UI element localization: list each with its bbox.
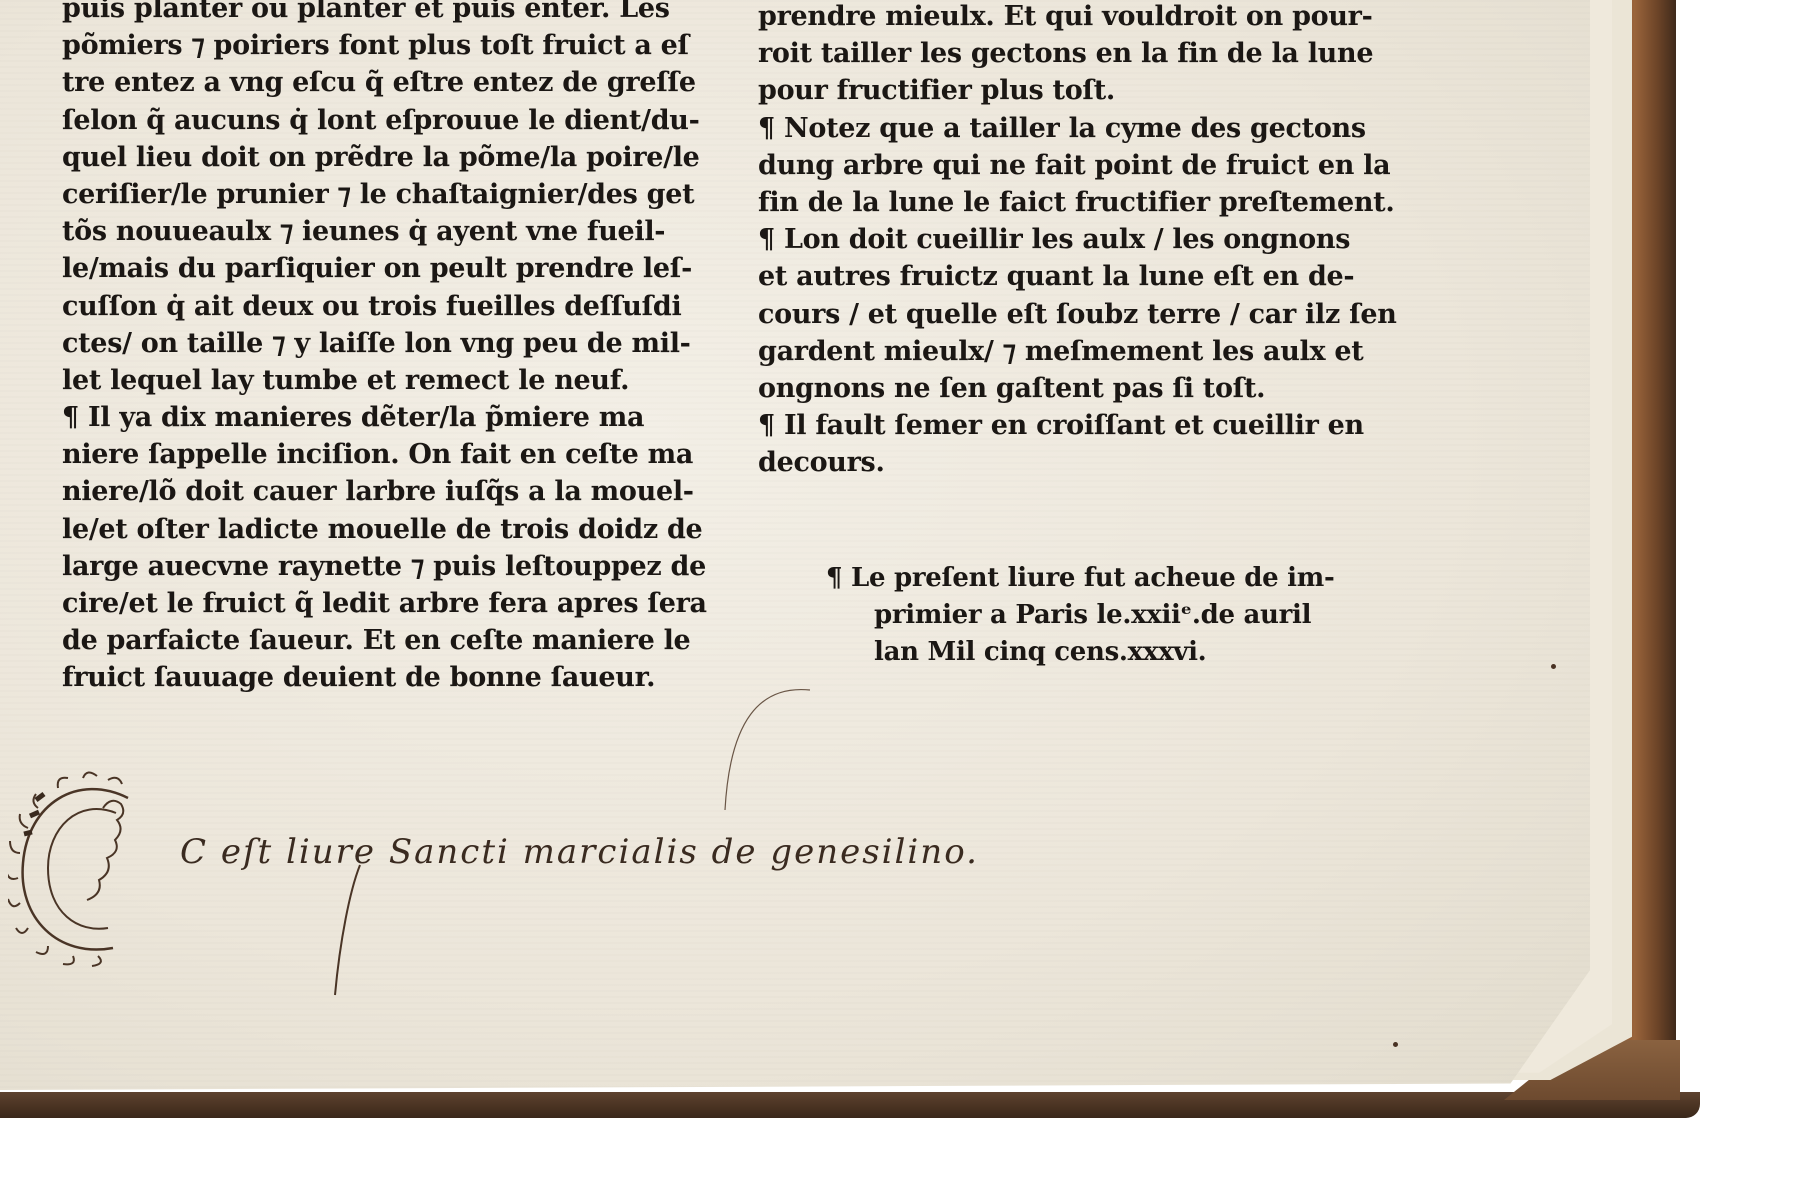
left-text-column: puis planter ou planter et puis enter. L… [62,0,642,697]
paragraph-start-line: ¶ Notez que a tailler la cyme des gecton… [758,110,1348,147]
colophon-line: ¶ Le preſent liure fut acheue de im- [826,560,1334,597]
paper-spot [1551,664,1556,669]
pen-stroke [700,680,820,820]
colophon: ¶ Le preſent liure fut acheue de im- pri… [826,560,1334,672]
right-text-column: prendre mieulx. Et qui vouldroit on pour… [758,0,1348,481]
text-line: prendre mieulx. Et qui vouldroit on pour… [758,0,1348,35]
text-line: cours / et quelle eſt ſoubz terre / car … [758,296,1348,333]
text-line: et autres fruictz quant la lune eſt en d… [758,258,1348,295]
text-line: gardent mieulx/ ⁊ meſmement les aulx et [758,333,1348,370]
text-line: ctes/ on taille ⁊ y laiſſe lon vng peu d… [62,325,642,362]
text-line: põmiers ⁊ poiriers font plus toſt fruict… [62,27,642,64]
text-line: ſelon q̃ aucuns q̇ lont eſprouue le dien… [62,102,642,139]
text-line: cire/et le fruict q̃ ledit arbre fera ap… [62,585,642,622]
text-line: niere/lõ doit cauer larbre iuſq̃s a la m… [62,473,642,510]
colophon-line: lan Mil cinq cens.xxxvi. [826,634,1334,671]
text-line: roit tailler les gectons en la fin de la… [758,35,1348,72]
paragraph-start-line: ¶ Il fault ſemer en croiſſant et cueilli… [758,407,1348,444]
decorated-initial-c-icon [8,768,178,968]
text-line: puis planter ou planter et puis enter. L… [62,0,642,27]
text-line: dung arbre qui ne fait point de fruict e… [758,147,1348,184]
colophon-line: primier a Paris le.xxiiᵉ.de auril [826,597,1334,634]
text-line: pour fructifier plus toſt. [758,72,1348,109]
manuscript-ownership-inscription: C eſt liure Sancti marcialis de genesili… [180,832,979,872]
text-line: ceriſier/le prunier ⁊ le chaſtaignier/de… [62,176,642,213]
text-line: de parfaicte ſaueur. Et en ceſte maniere… [62,622,642,659]
text-line: let lequel lay tumbe et remect le neuf. [62,362,642,399]
pen-stroke [300,860,380,1000]
book-photograph: puis planter ou planter et puis enter. L… [0,0,1800,1200]
text-line: le/mais du parſiquier on peult prendre l… [62,250,642,287]
text-line: tõs nouueaulx ⁊ ieunes q̇ ayent vne fuei… [62,213,642,250]
text-line: cuſſon q̇ ait deux ou trois fueilles deſ… [62,288,642,325]
text-line: fruict ſauuage deuient de bonne ſaueur. [62,659,642,696]
binding-board-bottom [0,1092,1700,1118]
paragraph-start-line: ¶ Lon doit cueillir les aulx / les ongno… [758,221,1348,258]
text-line: decours. [758,444,1348,481]
paragraph-start-line: ¶ Il ya dix manieres dẽter/la p̃miere ma [62,399,642,436]
text-line: quel lieu doit on prẽdre la põme/la poir… [62,139,642,176]
text-line: fin de la lune le faict fructifier preſt… [758,184,1348,221]
text-line: tre entez a vng eſcu q̃ eſtre entez de g… [62,64,642,101]
text-line: large auecvne raynette ⁊ puis leſtouppez… [62,548,642,585]
printed-page: puis planter ou planter et puis enter. L… [0,0,1590,1090]
text-line: niere ſappelle inciſion. On fait en ceſt… [62,436,642,473]
text-line: ongnons ne ſen gaſtent pas ſi toſt. [758,370,1348,407]
paper-spot [1393,1042,1398,1047]
text-line: le/et oſter ladicte mouelle de trois doi… [62,511,642,548]
